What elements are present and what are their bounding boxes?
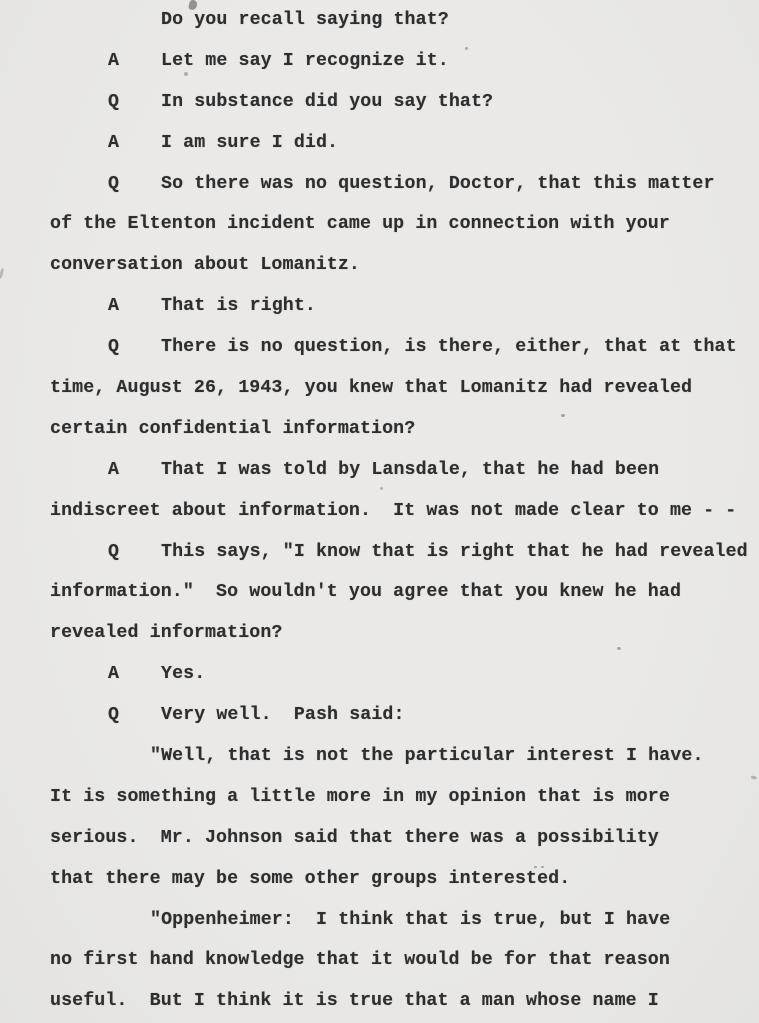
speaker-marker: Q [108,164,161,205]
transcript-line: AThat is right. [0,286,759,327]
transcript-line: QThere is no question, is there, either,… [0,327,759,368]
transcript-line: useful. But I think it is true that a ma… [0,981,759,1022]
speaker-marker: A [108,450,161,491]
line-text: It is something a little more in my opin… [50,787,670,807]
speaker-marker: Q [108,82,161,123]
scan-speck [184,72,188,76]
line-text: Let me say I recognize it. [161,51,449,71]
scan-speck [465,47,468,50]
line-text: Very well. Pash said: [161,705,405,725]
line-text: That I was told by Lansdale, that he had… [161,460,659,480]
transcript-line: AYes. [0,654,759,695]
line-text: I am sure I did. [161,133,338,153]
transcript-line: that there may be some other groups inte… [0,859,759,900]
speaker-marker: Q [108,327,161,368]
line-text: conversation about Lomanitz. [50,255,360,275]
transcript-line: indiscreet about information. It was not… [0,491,759,532]
line-text: that there may be some other groups inte… [50,869,570,889]
transcript-line: "Oppenheimer: I think that is true, but … [0,900,759,941]
line-text: no first hand knowledge that it would be… [50,950,670,970]
line-text: That is right. [161,296,316,316]
transcript-line: certain confidential information? [0,409,759,450]
transcript-line: QSo there was no question, Doctor, that … [0,164,759,205]
transcript-line: Do you recall saying that? [0,0,759,41]
transcript-line: ALet me say I recognize it. [0,41,759,82]
line-text: useful. But I think it is true that a ma… [50,991,659,1011]
line-text: serious. Mr. Johnson said that there was… [50,828,659,848]
line-text: In substance did you say that? [161,92,493,112]
scan-speck [534,866,537,868]
speaker-marker: A [108,123,161,164]
speaker-marker: A [108,286,161,327]
line-text: time, August 26, 1943, you knew that Lom… [50,378,692,398]
line-text: revealed information? [50,623,282,643]
transcript-line: AThat I was told by Lansdale, that he ha… [0,450,759,491]
line-text: So there was no question, Doctor, that t… [161,174,715,194]
speaker-marker: A [108,41,161,82]
line-text: certain confidential information? [50,419,415,439]
scan-speck [617,647,621,650]
transcript-page: Do you recall saying that?ALet me say I … [0,0,759,1023]
scan-speck [561,414,565,417]
transcript-line: of the Eltenton incident came up in conn… [0,204,759,245]
transcript-line: no first hand knowledge that it would be… [0,940,759,981]
scan-speck [380,487,383,490]
transcript-line: time, August 26, 1943, you knew that Lom… [0,368,759,409]
line-text: "Well, that is not the particular intere… [150,746,704,766]
line-text: "Oppenheimer: I think that is true, but … [150,910,670,930]
speaker-marker: Q [108,532,161,573]
line-text: information." So wouldn't you agree that… [50,582,681,602]
transcript-line: information." So wouldn't you agree that… [0,572,759,613]
transcript-line: QVery well. Pash said: [0,695,759,736]
line-text: Yes. [161,664,205,684]
speaker-marker: A [108,654,161,695]
line-text: There is no question, is there, either, … [161,337,737,357]
transcript-lines: Do you recall saying that?ALet me say I … [0,0,759,1023]
speaker-marker: Q [108,695,161,736]
transcript-line: revealed information? [0,613,759,654]
transcript-line: conversation about Lomanitz. [0,245,759,286]
transcript-line: QThis says, "I know that is right that h… [0,532,759,573]
transcript-line: serious. Mr. Johnson said that there was… [0,818,759,859]
line-text: of the Eltenton incident came up in conn… [50,214,670,234]
line-text: Do you recall saying that? [161,10,449,30]
scan-speck [541,866,544,868]
transcript-line: It is something a little more in my opin… [0,777,759,818]
transcript-line: QIn substance did you say that? [0,82,759,123]
line-text: This says, "I know that is right that he… [161,542,748,562]
transcript-line: "Well, that is not the particular intere… [0,736,759,777]
transcript-line: AI am sure I did. [0,123,759,164]
line-text: indiscreet about information. It was not… [50,501,736,521]
